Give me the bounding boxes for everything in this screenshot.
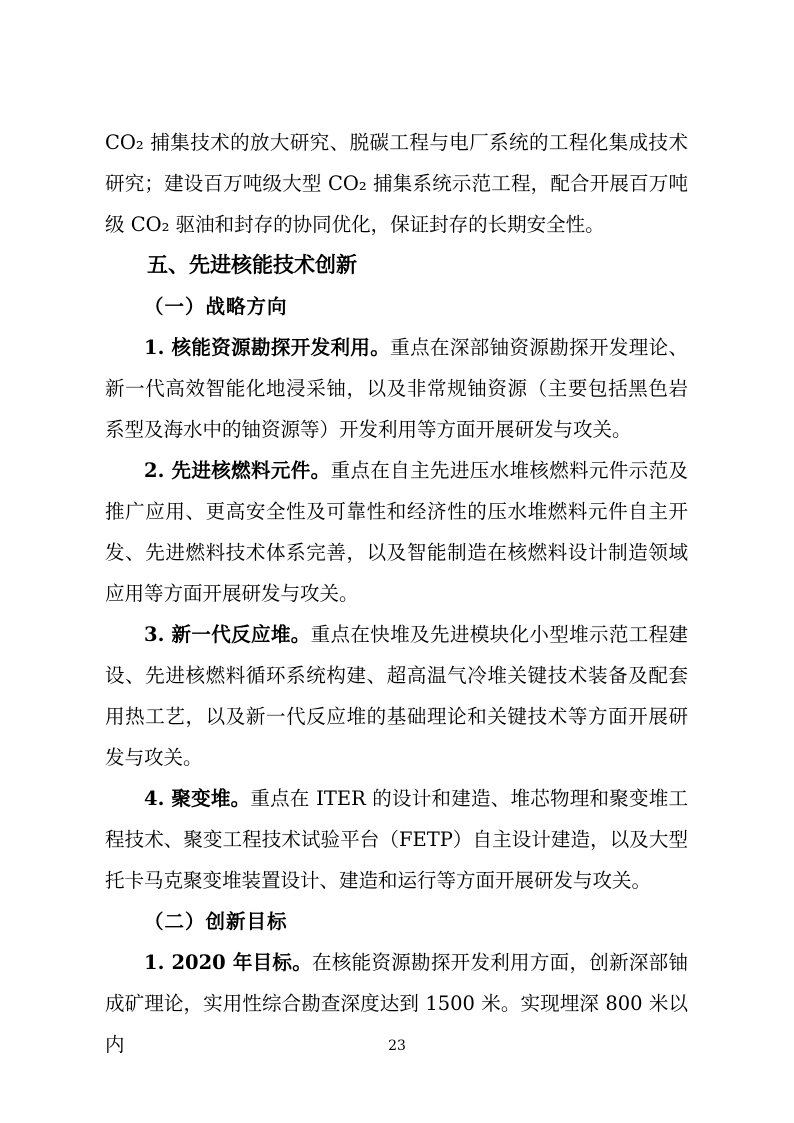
numbered-paragraph-3: 3. 新一代反应堆。重点在快堆及先进模块化小型堆示范工程建设、先进核燃料循环系统…: [105, 614, 688, 778]
paragraph-1-lead: 1. 核能资源勘探开发利用。: [144, 336, 390, 359]
paragraph-2-lead: 2. 先进核燃料元件。: [144, 459, 331, 482]
subsection-heading-innovation-goals: （二）创新目标: [105, 901, 688, 942]
document-page: CO₂ 捕集技术的放大研究、脱碳工程与电厂系统的工程化集成技术研究；建设百万吨级…: [0, 0, 794, 1123]
paragraph-5-lead: 1. 2020 年目标。: [144, 951, 312, 974]
text-block: CO₂ 捕集技术的放大研究、脱碳工程与电厂系统的工程化集成技术研究；建设百万吨级…: [105, 122, 688, 1065]
continuation-paragraph: CO₂ 捕集技术的放大研究、脱碳工程与电厂系统的工程化集成技术研究；建设百万吨级…: [105, 122, 688, 245]
paragraph-3-lead: 3. 新一代反应堆。: [144, 623, 311, 646]
subsection-heading-strategic-directions: （一）战略方向: [105, 286, 688, 327]
numbered-paragraph-1: 1. 核能资源勘探开发利用。重点在深部铀资源勘探开发理论、新一代高效智能化地浸采…: [105, 327, 688, 450]
page-number: 23: [0, 1036, 794, 1056]
section-heading: 五、先进核能技术创新: [105, 245, 688, 286]
numbered-paragraph-4: 4. 聚变堆。重点在 ITER 的设计和建造、堆芯物理和聚变堆工程技术、聚变工程…: [105, 778, 688, 901]
paragraph-4-lead: 4. 聚变堆。: [144, 787, 250, 810]
numbered-paragraph-2: 2. 先进核燃料元件。重点在自主先进压水堆核燃料元件示范及推广应用、更高安全性及…: [105, 450, 688, 614]
